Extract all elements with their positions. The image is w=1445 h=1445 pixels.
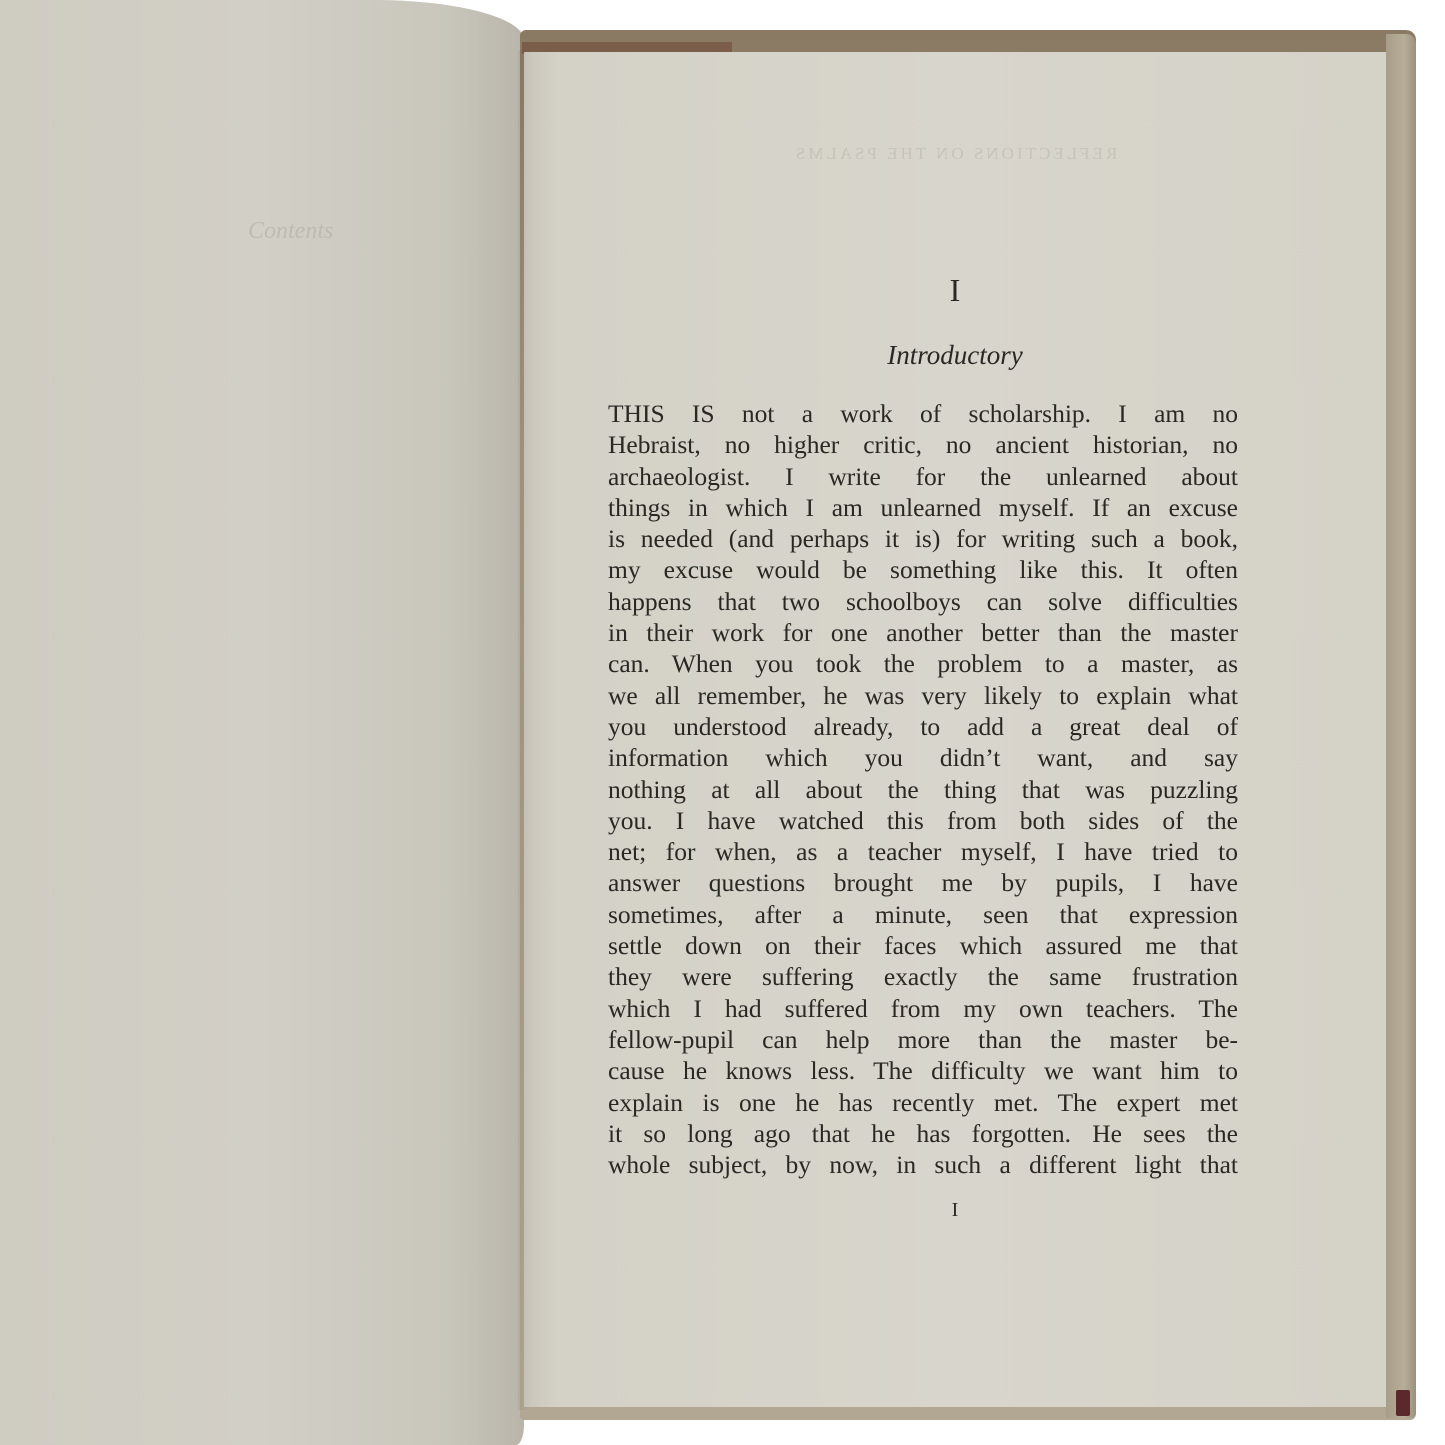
text-line: you understood already, to add a great d… — [608, 711, 1238, 742]
text-line: answer questions brought me by pupils, I… — [608, 867, 1238, 898]
text-line: things in which I am unlearned myself. I… — [608, 492, 1238, 523]
text-line: they were suffering exactly the same fru… — [608, 961, 1238, 992]
text-line: Hebraist, no higher critic, no ancient h… — [608, 429, 1238, 460]
chapter-number: I — [524, 272, 1386, 309]
text-line: net; for when, as a teacher myself, I ha… — [608, 836, 1238, 867]
text-line: THIS IS not a work of scholarship. I am … — [608, 398, 1238, 429]
text-line: is needed (and perhaps it is) for writin… — [608, 523, 1238, 554]
text-line: in their work for one another better tha… — [608, 617, 1238, 648]
text-line: my excuse would be something like this. … — [608, 554, 1238, 585]
text-line: archaeologist. I write for the unlearned… — [608, 461, 1238, 492]
text-line: settle down on their faces which assured… — [608, 930, 1238, 961]
text-line: information which you didn’t want, and s… — [608, 742, 1238, 773]
text-line: whole subject, by now, in such a differe… — [608, 1149, 1238, 1180]
cover-right-edge — [1386, 34, 1416, 1418]
text-line: fellow-pupil can help more than the mast… — [608, 1024, 1238, 1055]
chapter-title: Introductory — [524, 340, 1386, 371]
text-line: which I had suffered from my own teacher… — [608, 993, 1238, 1024]
left-page: Contents — [0, 0, 524, 1445]
text-line: sometimes, after a minute, seen that exp… — [608, 899, 1238, 930]
text-line: explain is one he has recently met. The … — [608, 1087, 1238, 1118]
right-page: REFLECTIONS ON THE PSALMS I Introductory… — [524, 52, 1386, 1407]
body-text: THIS IS not a work of scholarship. I am … — [608, 398, 1238, 1180]
text-line: it so long ago that he has forgotten. He… — [608, 1118, 1238, 1149]
text-line: you. I have watched this from both sides… — [608, 805, 1238, 836]
text-line: cause he knows less. The difficulty we w… — [608, 1055, 1238, 1086]
text-line: we all remember, he was very likely to e… — [608, 680, 1238, 711]
page-number: I — [524, 1199, 1386, 1222]
headband — [1396, 1390, 1410, 1416]
text-line: can. When you took the problem to a mast… — [608, 648, 1238, 679]
text-line: happens that two schoolboys can solve di… — [608, 586, 1238, 617]
gutter-shadow — [518, 50, 532, 1410]
bleed-through-contents-title: Contents — [248, 218, 333, 245]
bleed-through-running-head: REFLECTIONS ON THE PSALMS — [524, 144, 1386, 164]
text-line: nothing at all about the thing that was … — [608, 774, 1238, 805]
